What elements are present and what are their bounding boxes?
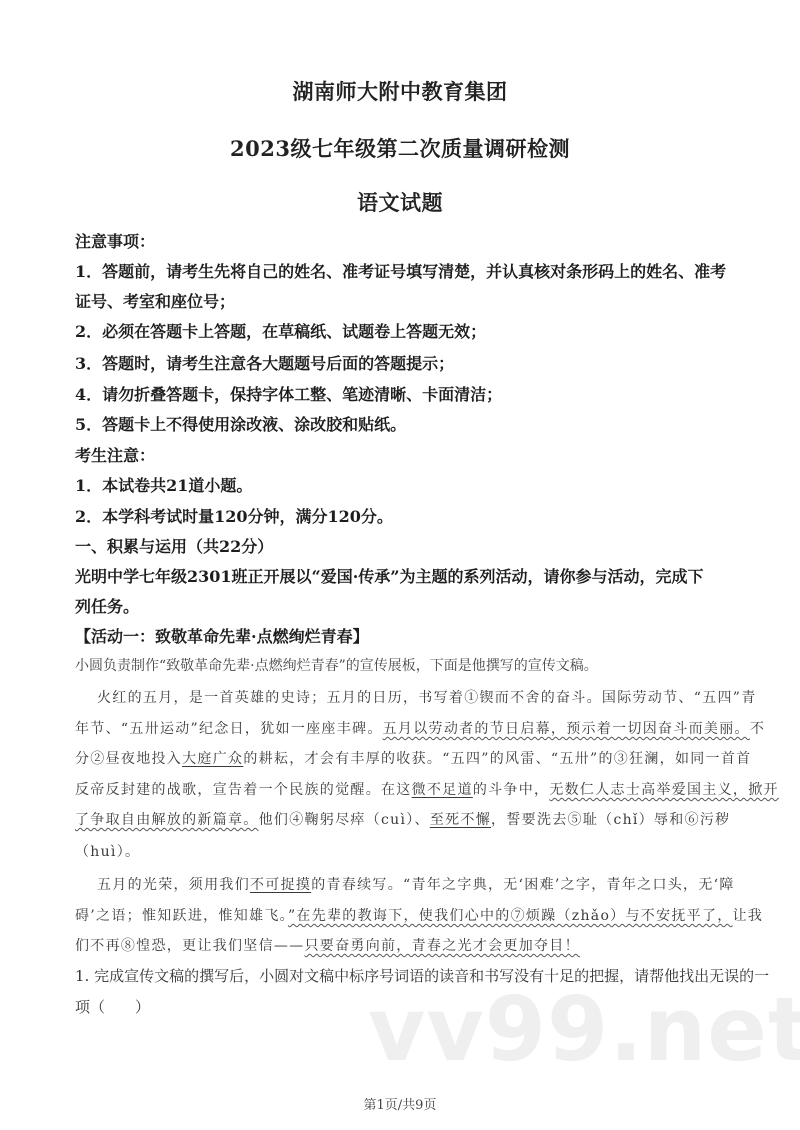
page-indicator: 第1页/共9页	[0, 1094, 800, 1113]
passage-line: 五月的光荣，须用我们不可捉摸的青春续写。“青年之字典，无‘困难’之字，青年之口头…	[97, 875, 730, 895]
candidate-notice-item: 2．本学科考试时量120分钟，满分120分。	[75, 507, 730, 527]
activity-intro: 小圆负责制作“致敬革命先辈·点燃绚烂青春”的宣传展板，下面是他撰写的宣传文稿。	[75, 656, 730, 676]
passage-line: 碍’之语；惟知跃进，惟知雄飞。”在先辈的教诲下，使我们心中的⑦烦躁（zhǎo）与…	[75, 906, 730, 926]
passage-text: 五月的光荣，须用我们	[97, 877, 250, 893]
subject-title: 语文试题	[0, 187, 800, 217]
wavy-underlined-sentence: 了争取自由解放的新篇章。	[75, 812, 259, 828]
passage-text: 让我	[733, 908, 764, 924]
section-intro: 列任务。	[75, 597, 730, 617]
passage-text: （huì）。	[75, 844, 140, 860]
underlined-idiom: 微不足道	[412, 782, 473, 798]
notice-heading: 注意事项：	[75, 232, 730, 252]
underlined-idiom: 至死不懈	[430, 812, 491, 828]
underlined-idiom: 大庭广众	[182, 751, 243, 767]
notice-item: 1．答题前，请考生先将自己的姓名、准考证号填写清楚，并认真核对条形码上的姓名、准…	[75, 262, 730, 282]
passage-text: 们不再⑧惶恐，更让我们坚信——	[75, 938, 305, 954]
exam-page: 湖南师大附中教育集团 2023级七年级第二次质量调研检测 语文试题 注意事项： …	[0, 0, 800, 1130]
passage-text: ，誓要洗去⑤耻（chǐ）辱和⑥污秽	[491, 812, 730, 828]
wavy-underlined-sentence: 无数仁人志士高举爱国主义，掀开	[549, 782, 779, 798]
exam-title: 2023级七年级第二次质量调研检测	[0, 133, 800, 163]
school-title: 湖南师大附中教育集团	[0, 76, 800, 106]
passage-text: 他们④鞠躬尽瘁（cuì）、	[259, 812, 430, 828]
passage-text: 不	[750, 721, 765, 737]
passage-text: 反帝反封建的战歌，宣告着一个民族的觉醒。在这	[75, 782, 412, 798]
passage-text: 的耕耘，才会有丰厚的收获。“五四”的风雷、“五卅”的③狂澜，如同一首首	[243, 751, 751, 767]
watermark: vv99.net	[368, 985, 800, 1075]
wavy-underlined-sentence: ”在先辈的教诲下，使我们心中的⑦烦躁（zhǎo）与不安抚平了，	[288, 908, 733, 924]
passage-line: 反帝反封建的战歌，宣告着一个民族的觉醒。在这微不足道的斗争中，无数仁人志士高举爱…	[75, 780, 730, 800]
underlined-idiom: 不可捉摸	[250, 877, 311, 893]
passage-text: 的斗争中，	[473, 782, 550, 798]
notice-item: 4．请勿折叠答题卡，保持字体工整、笔迹清晰、卡面清洁；	[75, 385, 730, 405]
wavy-underlined-sentence: 五月以劳动者的节日启幕，预示着一切因奋斗而美丽。	[383, 721, 750, 737]
passage-line: 火红的五月，是一首英雄的史诗；五月的日历，书写着①锲而不舍的奋斗。国际劳动节、“…	[97, 688, 730, 708]
passage-text: 碍’之语；惟知跃进，惟知雄飞。	[75, 908, 288, 924]
passage-text: 年节、“五卅运动”纪念日，犹如一座座丰碑。	[75, 721, 383, 737]
passage-line: 分②昼夜地投入大庭广众的耕耘，才会有丰厚的收获。“五四”的风雷、“五卅”的③狂澜…	[75, 749, 730, 769]
passage-line: 年节、“五卅运动”纪念日，犹如一座座丰碑。五月以劳动者的节日启幕，预示着一切因奋…	[75, 719, 730, 739]
notice-item: 3．答题时，请考生注意各大题题号后面的答题提示；	[75, 354, 730, 374]
passage-text: 分②昼夜地投入	[75, 751, 182, 767]
candidate-notice-item: 1．本试卷共21道小题。	[75, 476, 730, 496]
section-intro: 光明中学七年级2301班正开展以“爱国·传承”为主题的系列活动，请你参与活动，完…	[75, 567, 730, 587]
notice-item: 5．答题卡上不得使用涂改液、涂改胶和贴纸。	[75, 415, 730, 435]
notice-item: 2．必须在答题卡上答题，在草稿纸、试题卷上答题无效；	[75, 322, 730, 342]
passage-text: 火红的五月，是一首英雄的史诗；五月的日历，书写着①锲而不舍的奋斗。国际劳动节、“…	[97, 690, 757, 706]
notice-item: 证号、考室和座位号；	[75, 292, 730, 312]
passage-text: 的青春续写。“青年之字典，无‘困难’之字，青年之口头，无‘障	[311, 877, 735, 893]
wavy-underlined-sentence: 只要奋勇向前，青春之光才会更加夺目！	[305, 938, 580, 954]
passage-line: 了争取自由解放的新篇章。他们④鞠躬尽瘁（cuì）、至死不懈，誓要洗去⑤耻（chǐ…	[75, 810, 730, 830]
passage-line: 们不再⑧惶恐，更让我们坚信——只要奋勇向前，青春之光才会更加夺目！	[75, 936, 730, 956]
candidate-notice-heading: 考生注意：	[75, 446, 730, 466]
passage-line: （huì）。	[75, 842, 730, 862]
activity-title: 【活动一：致敬革命先辈·点燃绚烂青春】	[75, 627, 730, 647]
section-heading: 一、积累与运用（共22分）	[75, 537, 730, 557]
